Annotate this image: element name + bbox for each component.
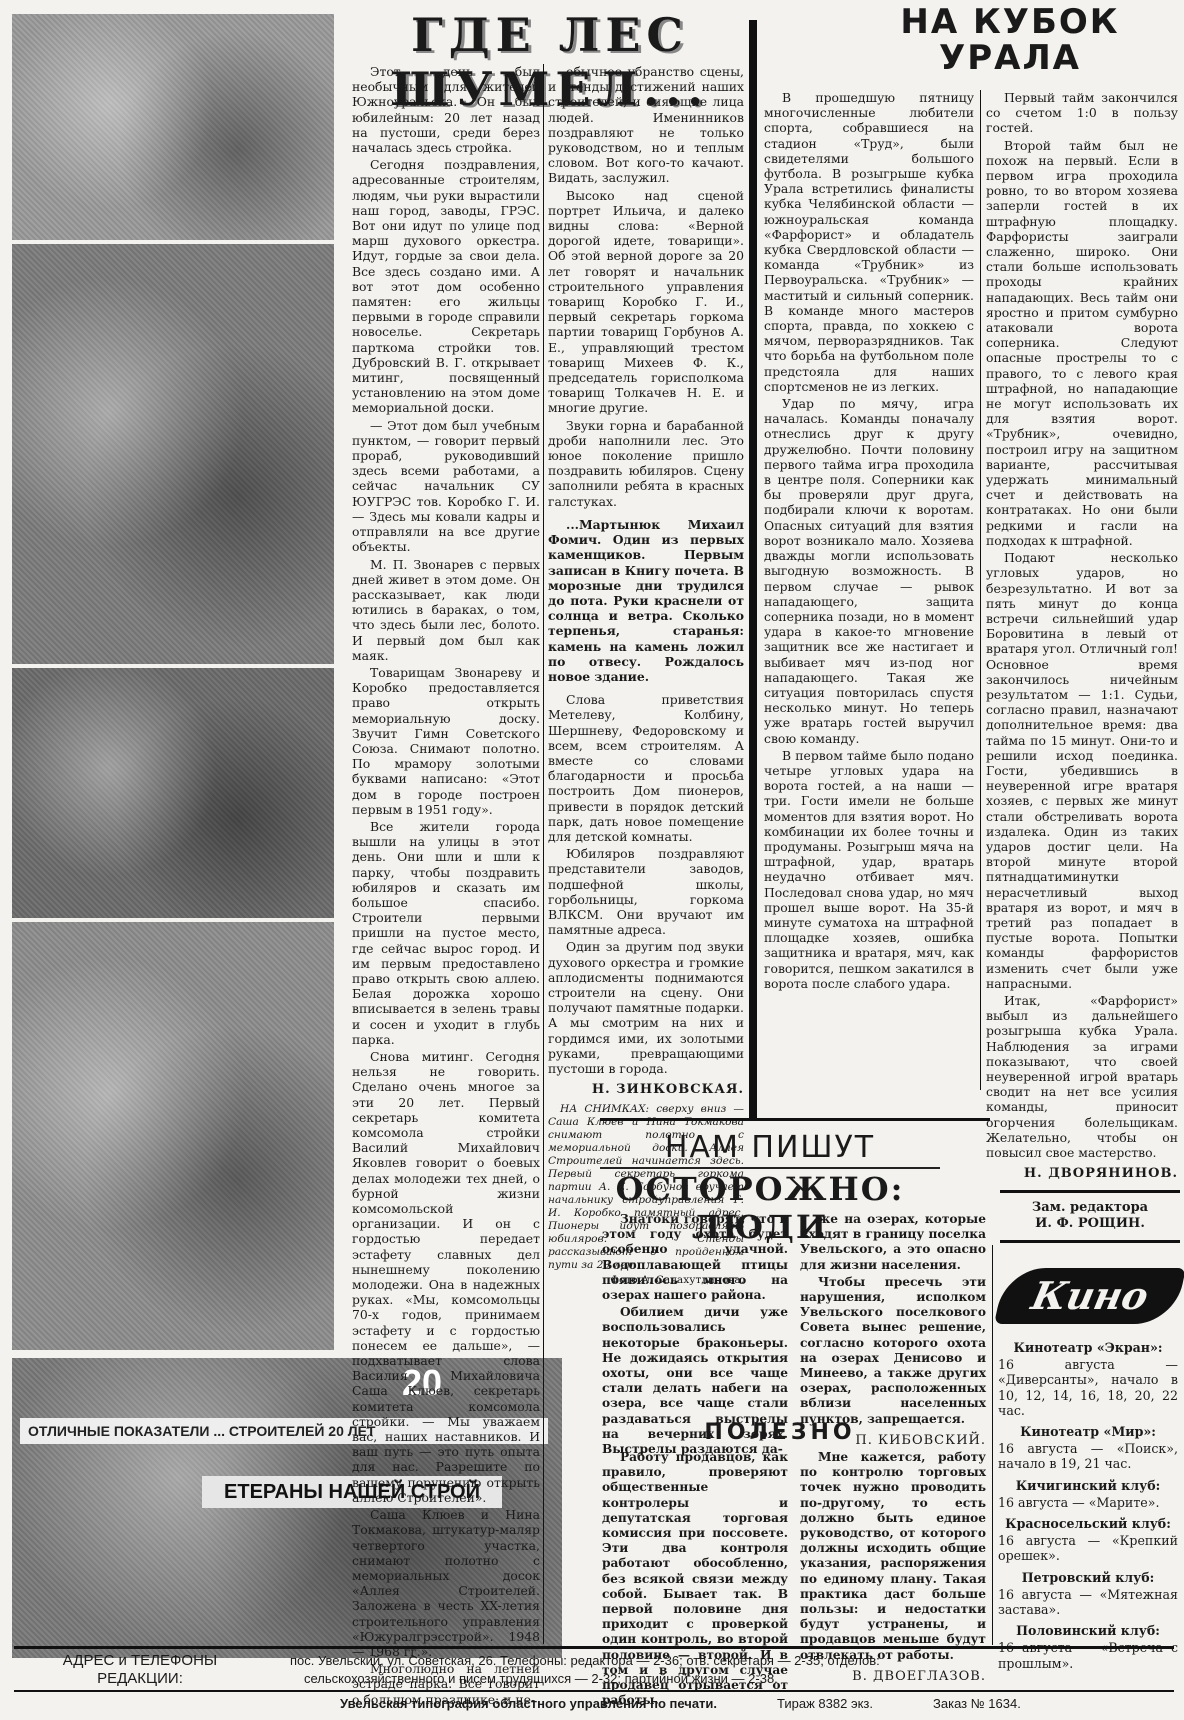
paragraph: Первый тайм закончился со счетом 1:0 в п… <box>986 90 1178 136</box>
column-divider <box>980 90 981 1090</box>
paragraph: В прошедшую пятницу многочисленные любит… <box>764 90 974 394</box>
column-divider <box>543 64 544 1644</box>
letters-section-title: НАМ ПИШУТ <box>600 1130 940 1169</box>
author-signature: Н. ДВОРЯНИНОВ. <box>986 1166 1178 1181</box>
paragraph: Второй тайм был не похож на первый. Если… <box>986 138 1178 548</box>
paragraph: Юбиляров поздравляют представители завод… <box>548 846 744 937</box>
photo-award-presentation <box>12 668 334 918</box>
circulation: Тираж 8382 экз. <box>777 1696 873 1711</box>
paragraph: Саша Клюев и Нина Токмакова, штукатур-ма… <box>352 1507 540 1659</box>
sports-headline: НА КУБОК УРАЛА <box>860 4 1160 76</box>
paragraph: же на озерах, которые входят в границу п… <box>800 1212 986 1273</box>
paragraph: Слова приветствия Метелеву, Колбину, Шер… <box>548 692 744 844</box>
sports-headline-line2: УРАЛА <box>860 40 1160 76</box>
cinema-schedule: 16 августа — «Марите». <box>998 1495 1178 1510</box>
cinema-venue: Половинский клуб: <box>998 1623 1178 1638</box>
paragraph: Чтобы пресечь эти нарушения, исполком Ув… <box>800 1275 986 1427</box>
caution-col2: же на озерах, которые входят в границу п… <box>800 1212 986 1448</box>
footer-address-line1: пос. Увельский, ул. Советская, 26. Телеф… <box>290 1652 1170 1670</box>
section-divider <box>1000 1190 1180 1193</box>
column-divider <box>992 1245 993 1645</box>
footer-address-line2: сельскохозяйственного и писем трудящихся… <box>290 1670 1170 1688</box>
paragraph: Этот день был необычным для жителей Южно… <box>352 64 540 155</box>
cinema-venue: Кинотеатр «Экран»: <box>998 1340 1178 1355</box>
photo-memorial <box>12 244 334 664</box>
cinema-schedule: 16 августа — «Крепкий орешек». <box>998 1533 1178 1563</box>
section-divider <box>1000 1240 1180 1243</box>
footer-imprint: Увельская типография областного управлен… <box>340 1696 1160 1711</box>
paragraph: Подают несколько угловых ударов, но безр… <box>986 550 1178 991</box>
paragraph: Сегодня поздравления, адресованные строи… <box>352 157 540 415</box>
paragraph: Знатоки говорят, что в этом году охота б… <box>602 1212 788 1303</box>
photo-pioneers-crowd <box>12 922 334 1350</box>
sports-headline-line1: НА КУБОК <box>860 4 1160 40</box>
editor-name: И. Ф. РОЩИН. <box>1010 1216 1170 1232</box>
paragraph: ...Мартынюк Михаил Фомич. Один из первых… <box>548 517 744 684</box>
printer: Увельская типография областного управлен… <box>340 1696 717 1711</box>
footer-address: пос. Увельский, ул. Советская, 26. Телеф… <box>290 1652 1170 1688</box>
cinema-schedule: 16 августа — «Диверсанты», начало в 10, … <box>998 1357 1178 1418</box>
paragraph: Мне кажется, работу по контролю торговых… <box>800 1450 986 1663</box>
main-article-col1: Этот день был необычным для жителей Южно… <box>352 64 540 1707</box>
cinema-venue: Кинотеатр «Мир»: <box>998 1424 1178 1439</box>
paragraph: Все жители города вышли на улицы в этот … <box>352 819 540 1047</box>
paragraph: — Этот дом был учебным пунктом, — говори… <box>352 418 540 555</box>
paragraph: Звуки горна и барабанной дроби наполнили… <box>548 418 744 509</box>
paragraph: Один за другим под звуки духового оркест… <box>548 939 744 1076</box>
footer-bottom-rule <box>14 1690 1174 1692</box>
cinema-schedule: 16 августа — «Мятежная застава». <box>998 1587 1178 1617</box>
paragraph: М. П. Звонарев с первых дней живет в это… <box>352 557 540 663</box>
sports-article-col1: В прошедшую пятницу многочисленные любит… <box>764 90 974 991</box>
author-signature: Н. ЗИНКОВСКАЯ. <box>548 1082 744 1097</box>
footer-address-label: АДРЕС и ТЕЛЕФОНЫ РЕДАКЦИИ: <box>20 1652 260 1688</box>
cinema-schedule: 16 августа — «Поиск», начало в 19, 21 ча… <box>998 1441 1178 1471</box>
paragraph: Снова митинг. Сегодня нельзя не говорить… <box>352 1049 540 1505</box>
thick-column-divider <box>749 20 757 1120</box>
order-number: Заказ № 1634. <box>933 1696 1021 1711</box>
footer-label-line2: РЕДАКЦИИ: <box>20 1670 260 1688</box>
sports-article-col2: Первый тайм закончился со счетом 1:0 в п… <box>986 90 1178 1181</box>
paragraph: обычное убранство сцены, и стенды достиж… <box>548 64 744 186</box>
main-article-col2: обычное убранство сцены, и стенды достиж… <box>548 64 744 1287</box>
cinema-venue: Петровский клуб: <box>998 1570 1178 1585</box>
photo-ribbon-cutting <box>12 14 334 240</box>
section-divider <box>600 1118 990 1121</box>
paragraph: Товарищам Звонареву и Коробко предоставл… <box>352 665 540 817</box>
footer-top-rule <box>14 1646 1174 1649</box>
paragraph: Высоко над сценой портрет Ильича, и дале… <box>548 188 744 416</box>
paragraph: Итак, «Фарфорист» выбыл из дальнейшего р… <box>986 993 1178 1160</box>
bold-quote: ...Мартынюк Михаил Фомич. Один из первых… <box>548 517 744 684</box>
footer-label-line1: АДРЕС и ТЕЛЕФОНЫ <box>20 1652 260 1670</box>
cinema-venue: Красносельский клуб: <box>998 1516 1178 1531</box>
paragraph: Удар по мячу, игра началась. Команды пон… <box>764 396 974 746</box>
cinema-venue: Кичигинский клуб: <box>998 1478 1178 1493</box>
deputy-editor: Зам. редактора И. Ф. РОЩИН. <box>1010 1200 1170 1232</box>
paragraph: В первом тайме было подано четыре угловы… <box>764 748 974 991</box>
editor-title: Зам. редактора <box>1010 1200 1170 1216</box>
cinema-listings: Кинотеатр «Экран»: 16 августа — «Диверса… <box>998 1334 1178 1671</box>
article-headline-useful: ПОЛЕЗНО <box>600 1420 960 1445</box>
cinema-logo: Кино <box>994 1268 1184 1324</box>
